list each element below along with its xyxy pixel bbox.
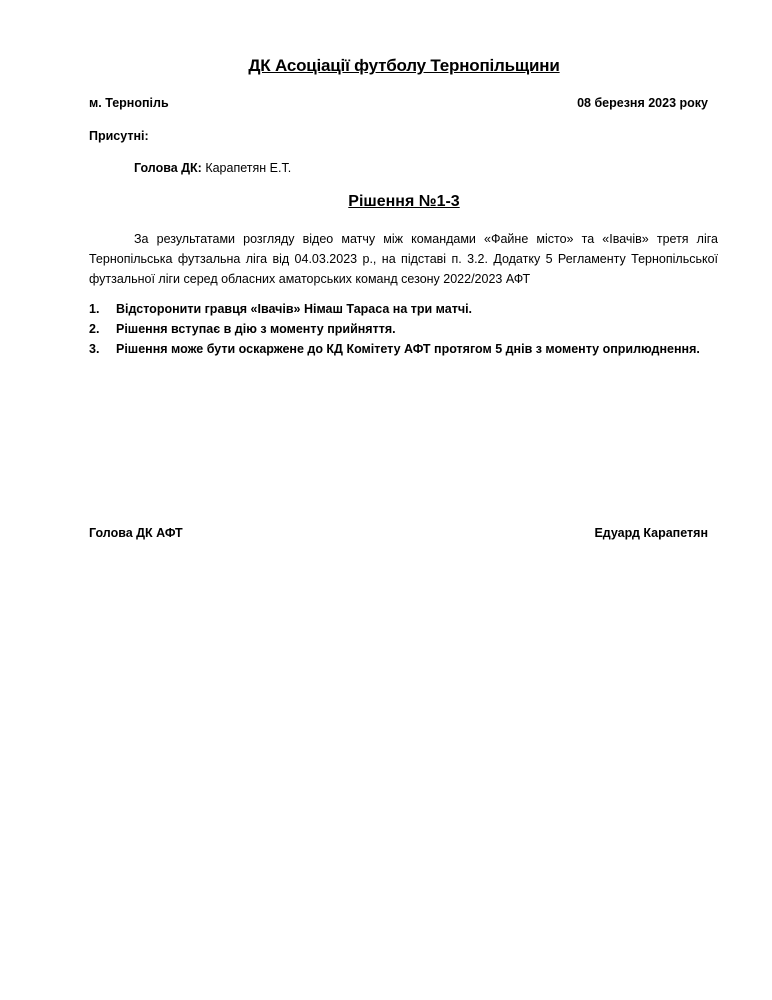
list-text: Рішення вступає в дію з моменту прийнятт… — [116, 322, 396, 336]
signature-title: Голова ДК АФТ — [89, 526, 183, 540]
list-text: Рішення може бути оскаржене до КД Коміте… — [116, 342, 700, 356]
document-page: ДК Асоціації футболу Тернопільщини м. Те… — [0, 0, 772, 1000]
decision-list: 1.Відсторонити гравця «Івачів» Німаш Тар… — [89, 299, 729, 359]
head-name: Карапетян Е.Т. — [202, 161, 291, 175]
list-number: 2. — [89, 319, 99, 339]
city: м. Тернопіль — [89, 96, 169, 110]
list-number: 1. — [89, 299, 99, 319]
list-item: 1.Відсторонити гравця «Івачів» Німаш Тар… — [89, 299, 729, 319]
present-label: Присутні: — [89, 129, 149, 143]
list-text: Відсторонити гравця «Івачів» Німаш Тарас… — [116, 302, 472, 316]
head-line: Голова ДК: Карапетян Е.Т. — [134, 161, 291, 175]
signature-name: Едуард Карапетян — [594, 526, 708, 540]
decision-paragraph: За результатами розгляду відео матчу між… — [89, 229, 718, 289]
document-date: 08 березня 2023 року — [577, 96, 708, 110]
list-item: 2.Рішення вступає в дію з моменту прийня… — [89, 319, 729, 339]
list-item: 3.Рішення може бути оскаржене до КД Комі… — [89, 339, 729, 359]
head-label: Голова ДК: — [134, 161, 202, 175]
document-title: ДК Асоціації футболу Тернопільщини — [0, 56, 772, 76]
decision-title: Рішення №1-3 — [0, 193, 772, 211]
list-number: 3. — [89, 339, 99, 359]
